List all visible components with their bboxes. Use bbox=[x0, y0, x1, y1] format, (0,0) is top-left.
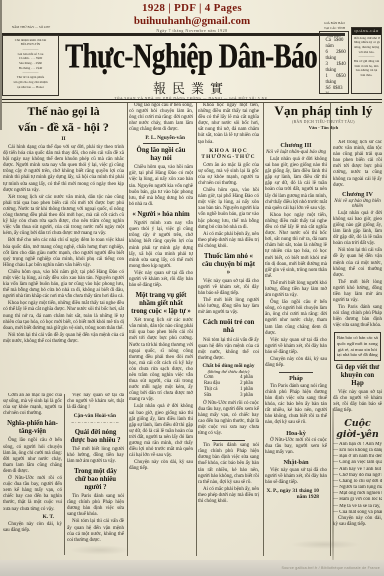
divider-rule bbox=[143, 143, 178, 144]
article-subheadline: Thuốc làm nhỏ « câu chuyện bí mật » bbox=[200, 253, 257, 276]
column-divider bbox=[263, 103, 264, 556]
body-text: Nói tóm lại thì cái vấn đề ấy quan hệ đế… bbox=[3, 333, 124, 345]
body-text: Ông lão ngồi câu ở bến sông, có người hỏ… bbox=[265, 300, 327, 337]
section-label: KHOA HỌC THƯỜNG-THỨC bbox=[198, 148, 259, 160]
line: — Công ăn việc làm quanh năm vất vả, bbox=[333, 460, 382, 466]
body-text: Nói tóm lại thì cái vấn đề ấy quan hệ đế… bbox=[198, 338, 259, 362]
byline: P. L. Nguyễn-văn bbox=[129, 135, 193, 141]
body-text: Khoa học ngày một tiến, những điều mắt t… bbox=[265, 213, 327, 280]
article-headline: vấn - đề xã - hội ? bbox=[3, 121, 124, 135]
page-fold-shadow bbox=[332, 408, 334, 560]
body-text: Xét trong lịch sử các nước văn minh, dân… bbox=[333, 140, 382, 189]
serial-header: Vạn pháp tinh lý (BẢN DỊCH TIỂU-THUYẾT T… bbox=[265, 103, 382, 130]
column-divider bbox=[64, 394, 65, 555]
body-text: Luật nhân quả ở đời không sai bao giờ, g… bbox=[265, 157, 327, 212]
verse-lines: — Anh bạn ơi ! Anh Mỹ mau mốt,— Em nói k… bbox=[333, 442, 382, 516]
serial-title: Vạn pháp tinh lý bbox=[265, 103, 382, 119]
article-subheadline: « Người » hóa nhím bbox=[131, 211, 191, 219]
body-text: Chiều hôm qua, vào hồi năm giờ, tại phố … bbox=[198, 188, 259, 231]
body-text: Việc này quan sở tại đã cho người về khá… bbox=[198, 279, 259, 297]
cell-label: 3 tháng bbox=[326, 62, 337, 74]
body-text: Thế mới biết lòng người khó lường, đồng … bbox=[198, 298, 259, 316]
column-divider bbox=[330, 103, 331, 556]
cell-label: Sữa bbox=[204, 393, 211, 399]
divider-rule bbox=[212, 440, 246, 441]
line: — Mẹ ta về là sẽ la rầy, bbox=[333, 504, 382, 510]
body-text: Ở Nữu-Ước mới rồi có cuộc đua tầu bay, n… bbox=[198, 401, 259, 438]
body-text: Tin Paris đánh sang nói rằng chính phủ P… bbox=[333, 305, 382, 329]
body-text: Chuyện này còn dài, kỳ sau đăng tiếp. bbox=[265, 357, 327, 369]
col3: Khoa học ngày một tiến, những điều mắt t… bbox=[198, 103, 259, 555]
box-header: QUẢNG-CÁO bbox=[352, 28, 381, 35]
col2: Ông lão ngồi câu ở bến sông, có người hỏ… bbox=[129, 103, 193, 555]
tiny-line: NĂM THỨ BẢY — SỐ 2287 bbox=[2, 25, 60, 30]
body-text: Luật nhân quả ở đời không sai bao giờ, g… bbox=[129, 404, 193, 459]
article-headline: Thế nào gọi là bbox=[3, 105, 124, 119]
col1-left: Cơm ăn áo mặc là gốc của sự sống, mà vệ … bbox=[3, 393, 62, 555]
overlay-header-line1: 1928 | PDF | 4 Pages bbox=[0, 2, 384, 14]
news-country-heading: Nhật-bản bbox=[265, 459, 327, 466]
cell-value: 1$40 bbox=[336, 62, 346, 74]
body-text: Việc này quan sở tại đã cho người về khá… bbox=[265, 468, 327, 486]
chapter-label: Chương III bbox=[265, 142, 327, 149]
divider-ornament: ~·~·~·~·~·~·~·~ bbox=[67, 421, 124, 426]
cell-label: 6 tháng bbox=[326, 50, 337, 62]
tiny-line: riêng, thương lượng bbox=[354, 45, 380, 50]
tiny-line: TẠI CÁC TỈNH bbox=[319, 26, 350, 31]
price-row: Cả năm5$00 bbox=[322, 38, 347, 50]
line: — Chớ thấy đỏ mà ngỡ là chín, bbox=[333, 473, 382, 479]
nutrient-table: Chất bổ dùng mỗi ngày(không thể thiếu đư… bbox=[200, 363, 257, 399]
gallica-watermark: Source gallica.bnf.fr / Bibliothèque nat… bbox=[281, 566, 380, 570]
body-text: Chuyện này còn dài, kỳ sau đăng tiếp. bbox=[3, 522, 62, 534]
body-text: Việc này quan sở tại đã cho người về khá… bbox=[265, 338, 327, 356]
scan-smudge bbox=[70, 545, 130, 555]
cell-value: 3 phần bbox=[240, 393, 253, 399]
article-subheadline: Cách nuôi trẻ con nhà bbox=[200, 319, 257, 335]
body-text: Thế mới biết lòng người khó lường, đồng … bbox=[265, 281, 327, 299]
col5: Xét trong lịch sử các nước văn minh, dân… bbox=[333, 140, 382, 556]
body-text: Chiều hôm qua, vào hồi năm giờ, tại phố … bbox=[3, 270, 124, 300]
right-capA: GIÁ BÁN BÁOTẠI CÁC TỈNH bbox=[319, 21, 350, 31]
body-text: Tin Paris đánh sang nói rằng chính phủ P… bbox=[67, 494, 124, 518]
body-text: Nói tóm lại thì cái vấn đề ấy quan hệ đế… bbox=[67, 519, 124, 543]
masthead-title: Thực-Nghiệp Dân-Báo bbox=[62, 37, 320, 77]
body-text: Xét trong lịch sử các nước văn minh, dân… bbox=[129, 318, 193, 403]
chapter-label: Chương IV bbox=[333, 191, 382, 198]
price-row: 6 tháng2$60 bbox=[322, 50, 347, 62]
body-text: Việc này quan sở tại đã cho người về khá… bbox=[67, 393, 124, 411]
table-row: Sữa3 phần bbox=[200, 393, 257, 399]
byline: Cận-vân Hoài-văn bbox=[67, 413, 124, 419]
body-text: Bởi thế cho nên các nhà chí sĩ ngày đêm … bbox=[3, 238, 124, 268]
body-text: Khoa học ngày một tiến, những điều mắt t… bbox=[3, 301, 124, 331]
line: Bản báo có bán các sách bbox=[337, 335, 378, 341]
body-text: Luật nhân quả ở đời không sai bao giờ, g… bbox=[333, 211, 382, 248]
left-cap: NĂM THỨ BẢY — SỐ 2287 bbox=[2, 25, 60, 34]
article-subheadline: Ông lão ngồi câu hay nói bbox=[131, 147, 191, 163]
chapter-subtitle: Nói về sự báo ứng hiển nhiên bbox=[333, 199, 382, 209]
line: — Anh hay vẽ ! anh hút á phiện, bbox=[333, 467, 382, 473]
body-text: Cái hình dạng của thế đạo với sự đời, ph… bbox=[3, 145, 124, 194]
masthead-hanzi: 報民業實 bbox=[62, 78, 320, 97]
cell-label: Cả năm bbox=[326, 38, 334, 50]
byline: K. T. bbox=[3, 514, 62, 520]
article-subheadline: Nghĩa-phiến hàn-tăng-viện bbox=[5, 420, 60, 436]
body-text: Thế mới biết lòng người khó lường, đồng … bbox=[67, 447, 124, 465]
body-text: Tin Paris đánh sang nói rằng chính phủ P… bbox=[198, 443, 259, 486]
article-subheadline: Một trang vụ giết nhầm giết nhất trong c… bbox=[131, 292, 191, 315]
body-text: Việc này quan sở tại đã cho người về khá… bbox=[333, 390, 382, 414]
table-subheading: (không thể thiếu được) bbox=[200, 369, 257, 374]
col1-main: Thế nào gọi làvấn - đề xã - hội ?IICái h… bbox=[3, 103, 124, 392]
article-subheadline: Quái đời nóng được bao nhiêu ? bbox=[69, 429, 122, 445]
serial-note: (BẢN DỊCH TIỂU-THUYẾT TÀU) bbox=[265, 120, 382, 124]
tiny-line: bản thảo. bbox=[354, 73, 380, 78]
line: quốc ngữ mới in xong, bbox=[337, 341, 378, 347]
masthead-rule bbox=[2, 99, 382, 100]
line: tại nhà báo sẽ đã đáng ! bbox=[337, 352, 378, 358]
cell-label: Số lẻ bbox=[326, 86, 333, 94]
cell-label: 1 tháng bbox=[326, 74, 337, 86]
right-boxA: GIÁ BÁOCả năm5$006 tháng2$603 tháng1$401… bbox=[319, 31, 349, 94]
col4: Chương IIINói về luật nhân-quả báo ứngLu… bbox=[265, 140, 327, 556]
news-country-heading: Pháp bbox=[265, 375, 327, 382]
feature-heading: Cuộc giời-yên bbox=[333, 418, 382, 440]
col1-right: Việc này quan sở tại đã cho người về khá… bbox=[67, 393, 124, 555]
masthead: Thực-Nghiệp Dân-Báo 報民業實 TÒA SOẠN VÀ NHÀ… bbox=[62, 37, 320, 68]
body-text: Ông lão ngồi câu ở bến sông, có người hỏ… bbox=[3, 438, 62, 475]
byline: X. P., ngày 31 tháng 10 năm 1928 bbox=[265, 488, 327, 500]
body-text: Nói tóm lại thì cái vấn đề ấy quan hệ đế… bbox=[333, 248, 382, 278]
tiny-line: tại nhà báo — Hanoi bbox=[5, 85, 57, 90]
body-text: Tin Paris đánh sang nói rằng chính phủ P… bbox=[265, 384, 327, 427]
right-boxB: QUẢNG-CÁOMỗi dòng chữ nhỏ 0$20Đăng nhiều… bbox=[351, 27, 382, 94]
chapter-subtitle: Nói về luật nhân-quả báo ứng bbox=[265, 150, 327, 155]
price-row: Số lẻ0$03 bbox=[322, 86, 347, 94]
body-text: Chuyện này còn dài, kỳ sau đăng tiếp. bbox=[333, 516, 382, 528]
line: — Hầm gì với con lốc Đồng con ! bbox=[333, 497, 382, 503]
body-text: Việc này quan sở tại đã cho người về khá… bbox=[129, 271, 193, 289]
body-text: Khoa học ngày một tiến, những điều mắt t… bbox=[198, 103, 259, 146]
news-country-heading: Hoa-kỳ bbox=[265, 430, 327, 437]
body-text: Ông lão ngồi câu ở bến sông, có người hỏ… bbox=[129, 103, 193, 133]
body-text: Thế mới biết lòng người khó lường, đồng … bbox=[333, 280, 382, 304]
body-text: Người mình xưa nay vẫn quen thói ỷ lại, … bbox=[129, 221, 193, 270]
price-row: 1 tháng0$50 bbox=[322, 74, 347, 86]
body-text: Ở Nữu-Ước mới rồi có cuộc đua tầu bay, n… bbox=[265, 438, 327, 456]
serial-translator: Văn - Tân dịch bbox=[265, 125, 382, 130]
newspaper-page: 1928 | PDF | 4 Pages buihuuhanh@gmail.co… bbox=[0, 0, 384, 576]
cell-value: 0$03 bbox=[333, 86, 343, 94]
cell-value: 5$00 bbox=[334, 38, 344, 50]
body-text: Xét trong lịch sử các nước văn minh, dân… bbox=[3, 195, 124, 238]
divider-rule bbox=[279, 372, 313, 373]
body-text: Ai có mắc phải bệnh ấy, nên theo phép dư… bbox=[198, 487, 259, 505]
left-box: Chủ nhiệm kiêm chủ bútBÙI-HUY-TÍN—————Gi… bbox=[2, 35, 59, 96]
body-text: Ai có mắc phải bệnh ấy, nên theo phép dư… bbox=[198, 232, 259, 250]
cell-value: 0$50 bbox=[336, 74, 346, 86]
column-divider bbox=[127, 103, 128, 556]
body-text: Cơm ăn áo mặc là gốc của sự sống, mà vệ … bbox=[3, 393, 62, 417]
price-row: 3 tháng1$40 bbox=[322, 62, 347, 74]
body-text: Chuyện này còn dài, kỳ sau đăng tiếp. bbox=[129, 460, 193, 472]
part-number: II bbox=[3, 136, 124, 142]
body-text: Ở Nữu-Ước mới rồi có cuộc đua tầu bay, n… bbox=[3, 476, 62, 513]
body-text: Chiều hôm qua, vào hồi năm giờ, tại phố … bbox=[129, 165, 193, 208]
article-subheadline: Trong một dây chữ bao nhiêu người ? bbox=[69, 468, 122, 491]
body-text: Cơm ăn áo mặc là gốc của sự sống, mà vệ … bbox=[198, 163, 259, 187]
scan-smudge bbox=[290, 540, 360, 549]
cell-value: 2$60 bbox=[336, 50, 346, 62]
article-subheadline: Gì đẹp viết thư khuyên con Hạp bbox=[335, 364, 380, 387]
line: — Của mất sống và phần mất. bbox=[333, 510, 382, 516]
masthead-rule-2 bbox=[2, 102, 382, 103]
column-divider bbox=[196, 103, 197, 556]
notice-box: Bản báo có bán các sáchquốc ngữ mới in x… bbox=[334, 332, 381, 361]
